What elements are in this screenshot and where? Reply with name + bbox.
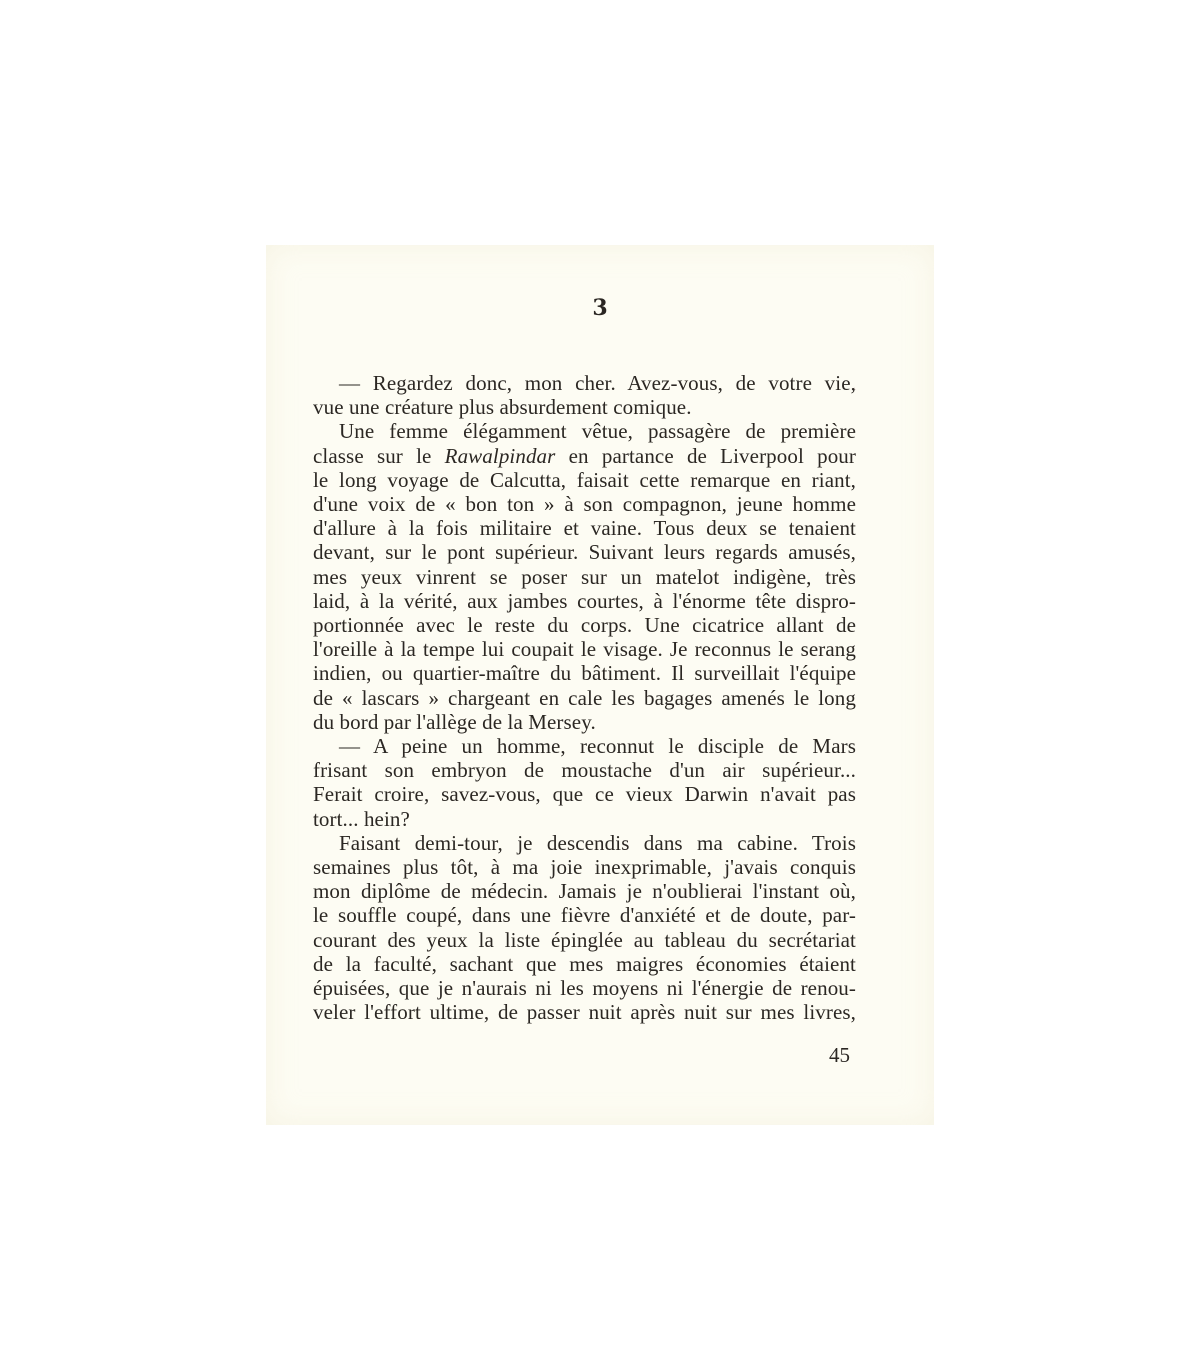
paragraph: Une femme élégamment vêtue, passagère de… (313, 419, 856, 734)
text-line: de la faculté, sachant que mes maigres é… (313, 952, 856, 976)
text-line: veler l'effort ultime, de passer nuit ap… (313, 1000, 856, 1024)
text-line: Ferait croire, savez-vous, que ce vieux … (313, 782, 856, 806)
text-line: l'oreille à la tempe lui coupait le visa… (313, 637, 856, 661)
paragraph: — Regardez donc, mon cher. Avez-vous, de… (313, 371, 856, 419)
text-line: de « lascars » chargeant en cale les bag… (313, 686, 856, 710)
text-line-with-ship-name: classe sur le Rawalpindar en partance de… (313, 444, 856, 468)
text-line: mon diplôme de médecin. Jamais je n'oubl… (313, 879, 856, 903)
text-line: frisant son embryon de moustache d'un ai… (313, 758, 856, 782)
text-line: épuisées, que je n'aurais ni les moyens … (313, 976, 856, 1000)
paragraph: Faisant demi-tour, je descendis dans ma … (313, 831, 856, 1025)
page-number: 45 (829, 1043, 850, 1068)
body-text: — Regardez donc, mon cher. Avez-vous, de… (313, 371, 856, 1024)
text-line: portionnée avec le reste du corps. Une c… (313, 613, 856, 637)
text-line: devant, sur le pont supérieur. Suivant l… (313, 540, 856, 564)
text-line: semaines plus tôt, à ma joie inexprimabl… (313, 855, 856, 879)
text-line: tort... hein? (313, 807, 856, 831)
text-line: mes yeux vinrent se poser sur un matelot… (313, 565, 856, 589)
chapter-number: 3 (266, 295, 934, 321)
text-line: d'une voix de « bon ton » à son compagno… (313, 492, 856, 516)
text-line: — A peine un homme, reconnut le disciple… (313, 734, 856, 758)
text-line: Une femme élégamment vêtue, passagère de… (313, 419, 856, 443)
text-line: d'allure à la fois militaire et vaine. T… (313, 516, 856, 540)
text-line: laid, à la vérité, aux jambes courtes, à… (313, 589, 856, 613)
text-line: le long voyage de Calcutta, faisait cett… (313, 468, 856, 492)
paragraph: — A peine un homme, reconnut le disciple… (313, 734, 856, 831)
text-line: — Regardez donc, mon cher. Avez-vous, de… (313, 371, 856, 395)
text-line: du bord par l'allège de la Mersey. (313, 710, 856, 734)
text-line: le souffle coupé, dans une fièvre d'anxi… (313, 903, 856, 927)
book-page: 3 ˛ — Regardez donc, mon cher. Avez-vous… (266, 245, 934, 1125)
ship-name: Rawalpindar (445, 444, 556, 468)
text-line: indien, ou quartier-maître du bâtiment. … (313, 661, 856, 685)
text-line: Faisant demi-tour, je descendis dans ma … (313, 831, 856, 855)
text-line: vue une créature plus absurdement comiqu… (313, 395, 856, 419)
text-line: courant des yeux la liste épinglée au ta… (313, 928, 856, 952)
